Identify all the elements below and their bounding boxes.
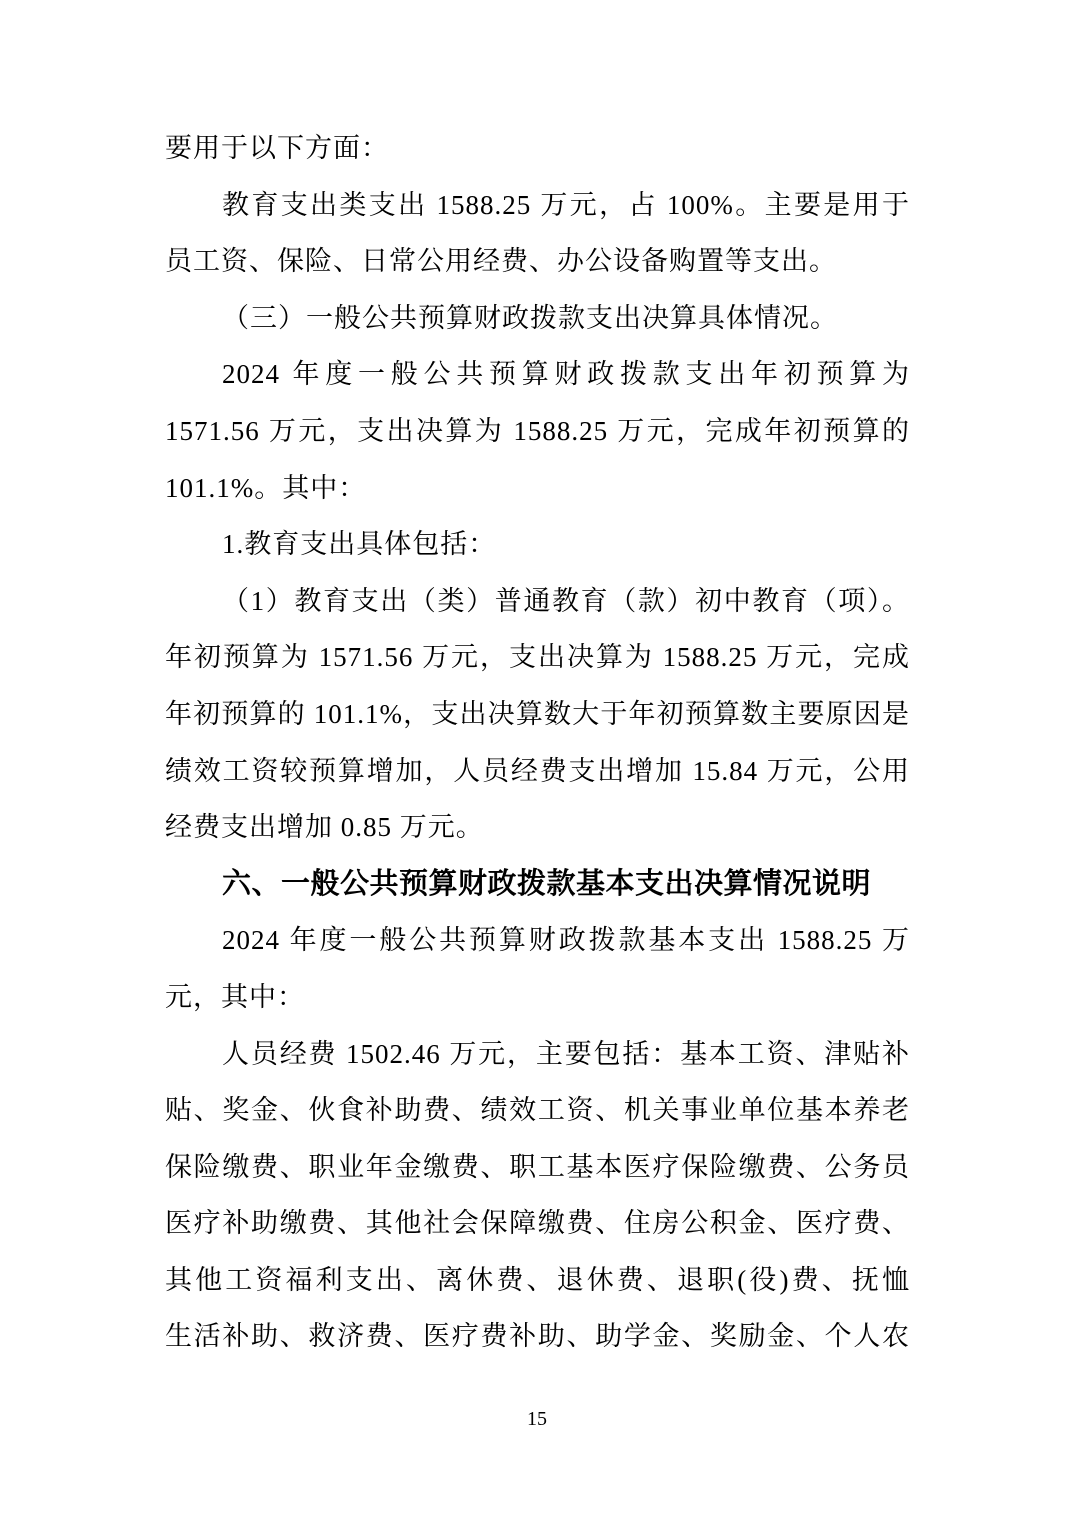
- document-line: 年初预算的 101.1%，支出决算数大于年初预算数主要原因是: [165, 686, 910, 743]
- document-line: 教育支出类支出 1588.25 万元，占 100%。主要是用于人: [165, 177, 910, 234]
- page-number: 15: [0, 1404, 1074, 1434]
- document-line: 要用于以下方面：: [165, 120, 910, 177]
- document-line: 生活补助、救济费、医疗费补助、助学金、奖励金、个人农: [165, 1308, 910, 1365]
- document-line: 1571.56 万元，支出决算为 1588.25 万元，完成年初预算的: [165, 403, 910, 460]
- document-line: 绩效工资较预算增加，人员经费支出增加 15.84 万元，公用: [165, 743, 910, 800]
- document-line: （三）一般公共预算财政拨款支出决算具体情况。: [165, 290, 910, 347]
- document-line: 元，其中：: [165, 969, 910, 1026]
- document-line: 贴、奖金、伙食补助费、绩效工资、机关事业单位基本养老: [165, 1082, 910, 1139]
- document-line: 医疗补助缴费、其他社会保障缴费、住房公积金、医疗费、: [165, 1195, 910, 1252]
- document-line: 保险缴费、职业年金缴费、职工基本医疗保险缴费、公务员: [165, 1139, 910, 1196]
- document-line: 2024 年度一般公共预算财政拨款支出年初预算为: [165, 346, 910, 403]
- document-line: 1.教育支出具体包括：: [165, 516, 910, 573]
- document-line: 年初预算为 1571.56 万元，支出决算为 1588.25 万元，完成: [165, 629, 910, 686]
- document-line: 经费支出增加 0.85 万元。: [165, 799, 910, 856]
- text-block: 要用于以下方面：教育支出类支出 1588.25 万元，占 100%。主要是用于人…: [165, 120, 910, 1365]
- document-line: （1）教育支出（类）普通教育（款）初中教育（项）。: [165, 573, 910, 630]
- document-line: 员工资、保险、日常公用经费、办公设备购置等支出。: [165, 233, 910, 290]
- document-line: 101.1%。其中：: [165, 460, 910, 517]
- document-page: 要用于以下方面：教育支出类支出 1588.25 万元，占 100%。主要是用于人…: [0, 0, 1074, 1520]
- document-line: 2024 年度一般公共预算财政拨款基本支出 1588.25 万: [165, 912, 910, 969]
- document-line: 人员经费 1502.46 万元，主要包括：基本工资、津贴补: [165, 1026, 910, 1083]
- document-line: 其他工资福利支出、离休费、退休费、退职(役)费、抚恤金、: [165, 1252, 910, 1309]
- section-heading: 六、一般公共预算财政拨款基本支出决算情况说明: [165, 856, 910, 913]
